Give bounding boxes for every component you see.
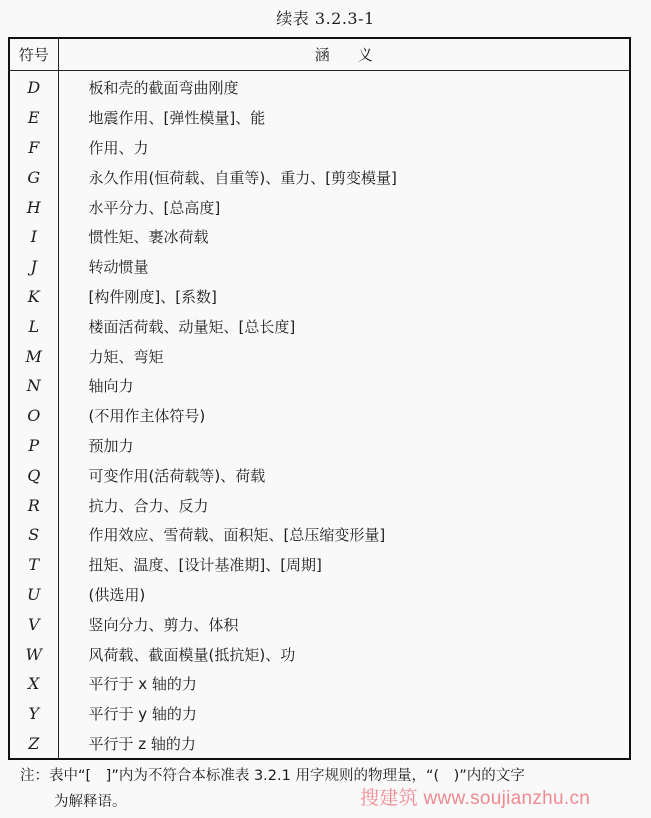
symbol-cell: G: [9, 162, 58, 192]
meaning-cell: 平行于 z 轴的力: [58, 729, 630, 760]
symbol-cell: J: [9, 252, 58, 282]
table-row: V竖向分力、剪力、体积: [9, 609, 630, 639]
table-row: S作用效应、雪荷载、面积矩、[总压缩变形量]: [9, 520, 630, 550]
meaning-cell: 作用效应、雪荷载、面积矩、[总压缩变形量]: [58, 520, 630, 550]
symbol-cell: D: [9, 71, 58, 103]
symbol-cell: N: [9, 371, 58, 401]
meaning-cell: 惯性矩、裹冰荷载: [58, 222, 630, 252]
table-row: I惯性矩、裹冰荷载: [9, 222, 630, 252]
table-row: M力矩、弯矩: [9, 341, 630, 371]
table-row: T扭矩、温度、[设计基准期]、[周期]: [9, 550, 630, 580]
meaning-cell: 竖向分力、剪力、体积: [58, 609, 630, 639]
meaning-cell: (供选用): [58, 580, 630, 610]
table-body: D板和壳的截面弯曲刚度E地震作用、[弹性模量]、能F作用、力G永久作用(恒荷载、…: [9, 71, 630, 760]
meaning-cell: 楼面活荷载、动量矩、[总长度]: [58, 311, 630, 341]
table-row: N轴向力: [9, 371, 630, 401]
table-row: W风荷载、截面模量(抵抗矩)、功: [9, 639, 630, 669]
symbol-cell: K: [9, 282, 58, 312]
meaning-cell: 地震作用、[弹性模量]、能: [58, 103, 630, 133]
symbol-cell: Q: [9, 460, 58, 490]
table-row: Y平行于 y 轴的力: [9, 699, 630, 729]
table-row: K[构件刚度]、[系数]: [9, 282, 630, 312]
table-row: R抗力、合力、反力: [9, 490, 630, 520]
table-row: Z平行于 z 轴的力: [9, 729, 630, 760]
table-row: J转动惯量: [9, 252, 630, 282]
table-row: H水平分力、[总高度]: [9, 192, 630, 222]
symbol-cell: Z: [9, 729, 58, 760]
meaning-cell: 扭矩、温度、[设计基准期]、[周期]: [58, 550, 630, 580]
table-row: D板和壳的截面弯曲刚度: [9, 71, 630, 103]
symbol-cell: V: [9, 609, 58, 639]
symbol-cell: L: [9, 311, 58, 341]
watermark: 搜建筑 www.soujianzhu.cn: [360, 783, 590, 810]
meaning-cell: 水平分力、[总高度]: [58, 192, 630, 222]
table-row: L楼面活荷载、动量矩、[总长度]: [9, 311, 630, 341]
table-row: U(供选用): [9, 580, 630, 610]
meaning-cell: 轴向力: [58, 371, 630, 401]
table-row: Q可变作用(活荷载等)、荷载: [9, 460, 630, 490]
symbol-cell: F: [9, 133, 58, 163]
symbol-cell: E: [9, 103, 58, 133]
meaning-cell: 永久作用(恒荷载、自重等)、重力、[剪变模量]: [58, 162, 630, 192]
symbol-cell: M: [9, 341, 58, 371]
symbol-cell: Y: [9, 699, 58, 729]
table-row: O(不用作主体符号): [9, 401, 630, 431]
meaning-cell: 板和壳的截面弯曲刚度: [58, 71, 630, 103]
meaning-cell: (不用作主体符号): [58, 401, 630, 431]
table-row: G永久作用(恒荷载、自重等)、重力、[剪变模量]: [9, 162, 630, 192]
table-row: X平行于 x 轴的力: [9, 669, 630, 699]
meaning-cell: 平行于 y 轴的力: [58, 699, 630, 729]
symbol-cell: T: [9, 550, 58, 580]
meaning-cell: 可变作用(活荷载等)、荷载: [58, 460, 630, 490]
meaning-cell: 预加力: [58, 431, 630, 461]
table-caption: 续表 3.2.3-1: [0, 6, 651, 29]
symbol-table: 符号 涵义 D板和壳的截面弯曲刚度E地震作用、[弹性模量]、能F作用、力G永久作…: [8, 37, 631, 760]
symbol-cell: I: [9, 222, 58, 252]
meaning-cell: 转动惯量: [58, 252, 630, 282]
header-meaning: 涵义: [58, 38, 630, 71]
symbol-cell: R: [9, 490, 58, 520]
meaning-cell: 风荷载、截面模量(抵抗矩)、功: [58, 639, 630, 669]
meaning-cell: 抗力、合力、反力: [58, 490, 630, 520]
table-header-row: 符号 涵义: [9, 38, 630, 71]
symbol-cell: P: [9, 431, 58, 461]
symbol-cell: U: [9, 580, 58, 610]
symbol-cell: S: [9, 520, 58, 550]
meaning-cell: 平行于 x 轴的力: [58, 669, 630, 699]
symbol-cell: H: [9, 192, 58, 222]
table-row: E地震作用、[弹性模量]、能: [9, 103, 630, 133]
table-row: F作用、力: [9, 133, 630, 163]
meaning-cell: [构件刚度]、[系数]: [58, 282, 630, 312]
meaning-cell: 作用、力: [58, 133, 630, 163]
symbol-cell: W: [9, 639, 58, 669]
symbol-cell: X: [9, 669, 58, 699]
meaning-cell: 力矩、弯矩: [58, 341, 630, 371]
symbol-cell: O: [9, 401, 58, 431]
table-row: P预加力: [9, 431, 630, 461]
header-symbol: 符号: [9, 38, 58, 71]
